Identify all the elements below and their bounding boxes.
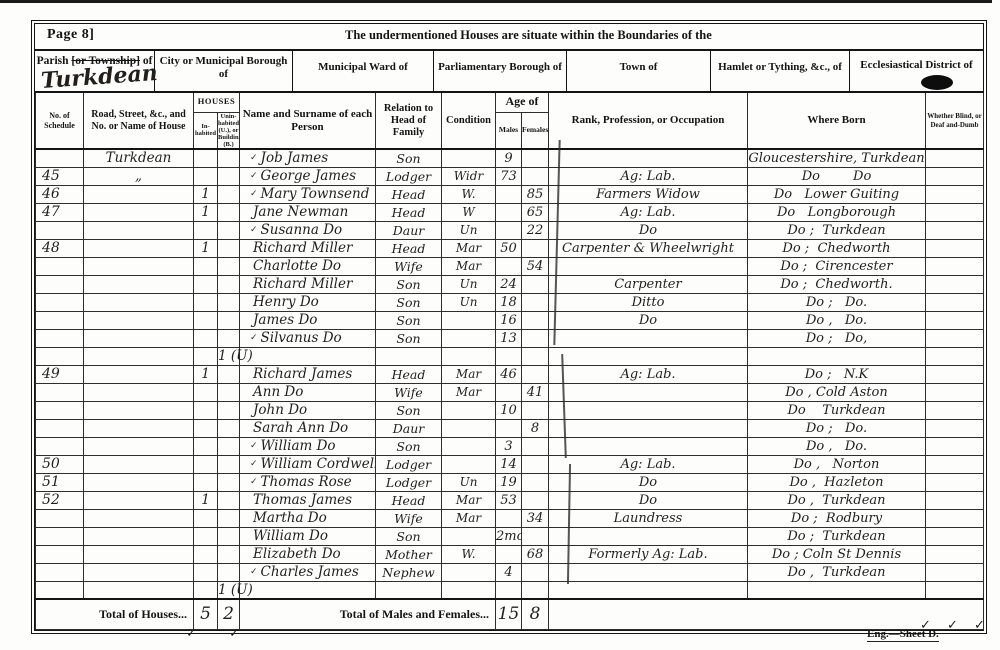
person-name-cell xyxy=(240,581,376,599)
houses-inhabited-cell: 1 xyxy=(194,185,218,203)
census-row: 49 1 Richard James Head Mar 46 Ag: Lab. … xyxy=(36,365,984,383)
houses-inhabited-cell xyxy=(194,275,218,293)
header-houses-group: HOUSES xyxy=(194,92,240,112)
where-born-cell: Do , Norton xyxy=(748,455,926,473)
where-born-cell: Do ; Chedworth xyxy=(748,239,926,257)
houses-uninhabited-cell xyxy=(218,455,240,473)
header-schedule: No. of Schedule xyxy=(36,92,84,149)
age-males-cell: 4 xyxy=(496,563,522,581)
blind-deaf-cell xyxy=(926,239,984,257)
person-name: William Do xyxy=(253,528,328,544)
where-born-cell: Do ; Do. xyxy=(748,293,926,311)
condition-cell xyxy=(442,563,496,581)
person-name-cell: Charlotte Do xyxy=(240,257,376,275)
road-cell xyxy=(84,347,194,365)
person-name-cell: James Do xyxy=(240,311,376,329)
houses-uninhabited-cell xyxy=(218,275,240,293)
header-occupation: Rank, Profession, or Occupation xyxy=(549,92,748,149)
person-name: Thomas Rose xyxy=(261,474,352,490)
condition-cell: Mar xyxy=(442,383,496,401)
road-cell xyxy=(84,311,194,329)
condition-cell xyxy=(442,455,496,473)
schedule-number-cell xyxy=(36,257,84,275)
occupation-cell xyxy=(549,149,748,167)
person-name: William Do xyxy=(261,438,336,454)
totals-row: Total of Houses... 5 2 Total of Males an… xyxy=(36,599,984,629)
occupation-cell xyxy=(549,329,748,347)
schedule-number-cell: 49 xyxy=(36,365,84,383)
total-inhabited-value: 5 xyxy=(194,599,218,629)
condition-cell xyxy=(442,437,496,455)
census-row: Turkdean ✓Job James Son 9 Gloucestershir… xyxy=(36,149,984,167)
census-row: 46 1 ✓Mary Townsend Head W. 85 Farmers W… xyxy=(36,185,984,203)
condition-cell: Un xyxy=(442,221,496,239)
relation-cell xyxy=(376,347,442,365)
census-row: John Do Son 10 Do Turkdean xyxy=(36,401,984,419)
condition-cell xyxy=(442,347,496,365)
road-cell: „ xyxy=(84,167,194,185)
schedule-number-cell xyxy=(36,563,84,581)
houses-uninhabited-cell: 1 (U) xyxy=(218,581,240,599)
houses-uninhabited-cell xyxy=(218,473,240,491)
schedule-number-cell xyxy=(36,509,84,527)
road-cell xyxy=(84,509,194,527)
age-females-cell xyxy=(522,347,549,365)
person-name-cell xyxy=(240,347,376,365)
age-males-cell: 24 xyxy=(496,275,522,293)
enumerator-tick: ✓ xyxy=(250,225,258,235)
blind-deaf-cell xyxy=(926,563,984,581)
condition-cell xyxy=(442,527,496,545)
condition-cell xyxy=(442,311,496,329)
blind-deaf-cell xyxy=(926,491,984,509)
where-born-cell: Do ; Coln St Dennis xyxy=(748,545,926,563)
person-name: Charlotte Do xyxy=(253,258,341,274)
census-row: 50 ✓William Cordwell Lodger 14 Ag: Lab. … xyxy=(36,455,984,473)
person-name: Job James xyxy=(261,150,329,166)
condition-cell xyxy=(442,149,496,167)
schedule-number-cell xyxy=(36,329,84,347)
person-name-cell: Martha Do xyxy=(240,509,376,527)
enumerator-tick: ✓ xyxy=(250,459,258,469)
relation-cell: Daur xyxy=(376,221,442,239)
census-form-page: Page 8] The undermentioned Houses are si… xyxy=(31,20,987,634)
houses-inhabited-cell xyxy=(194,167,218,185)
person-name-cell: ✓Silvanus Do xyxy=(240,329,376,347)
where-born-cell: Do Longborough xyxy=(748,203,926,221)
blind-deaf-cell xyxy=(926,167,984,185)
person-name-cell: ✓Job James xyxy=(240,149,376,167)
age-males-cell xyxy=(496,185,522,203)
person-name-cell: ✓George James xyxy=(240,167,376,185)
schedule-number-cell: 47 xyxy=(36,203,84,221)
page-header-strip: Page 8] The undermentioned Houses are si… xyxy=(35,24,983,51)
header-condition: Condition xyxy=(442,92,496,149)
where-born-cell: Do ; Do. xyxy=(748,419,926,437)
person-name: Elizabeth Do xyxy=(253,546,341,562)
blind-deaf-cell xyxy=(926,473,984,491)
road-cell xyxy=(84,473,194,491)
where-born-cell: Do , Hazleton xyxy=(748,473,926,491)
age-males-cell: 16 xyxy=(496,311,522,329)
houses-inhabited-cell xyxy=(194,455,218,473)
condition-cell: W. xyxy=(442,545,496,563)
occupation-cell: Ag: Lab. xyxy=(549,203,748,221)
person-name-cell: William Do xyxy=(240,527,376,545)
census-row: Ann Do Wife Mar 41 Do , Cold Aston xyxy=(36,383,984,401)
schedule-number-cell xyxy=(36,527,84,545)
person-name-cell: ✓William Cordwell xyxy=(240,455,376,473)
person-name: Silvanus Do xyxy=(261,330,342,346)
enumerator-tick: ✓ xyxy=(250,477,258,487)
parliamentary-borough-cell: Parliamentary Borough of xyxy=(434,51,567,91)
road-cell xyxy=(84,401,194,419)
occupation-cell xyxy=(549,401,748,419)
condition-cell: Un xyxy=(442,275,496,293)
occupation-cell xyxy=(549,563,748,581)
enumerator-tick: ✓ xyxy=(250,153,258,163)
condition-cell: W. xyxy=(442,185,496,203)
header-relation: Relation to Head of Family xyxy=(376,92,442,149)
schedule-number-cell xyxy=(36,149,84,167)
houses-uninhabited-cell xyxy=(218,401,240,419)
age-males-cell: 9 xyxy=(496,149,522,167)
houses-uninhabited-cell xyxy=(218,185,240,203)
road-cell xyxy=(84,491,194,509)
occupation-cell: Do xyxy=(549,491,748,509)
where-born-cell: Do ; Do, xyxy=(748,329,926,347)
relation-cell: Son xyxy=(376,149,442,167)
road-cell xyxy=(84,545,194,563)
page-number: Page 8] xyxy=(47,27,94,43)
total-houses-label: Total of Houses... xyxy=(36,599,194,629)
where-born-cell: Gloucestershire, Turkdean xyxy=(748,149,926,167)
scan-edge xyxy=(0,0,992,3)
houses-inhabited-cell xyxy=(194,257,218,275)
houses-inhabited-cell: 1 xyxy=(194,491,218,509)
occupation-cell: Do xyxy=(549,311,748,329)
age-females-cell: 34 xyxy=(522,509,549,527)
enumerator-tick: ✓ xyxy=(250,567,258,577)
town-cell: Town of xyxy=(567,51,711,91)
occupation-cell xyxy=(549,527,748,545)
person-name-cell: ✓Mary Townsend xyxy=(240,185,376,203)
census-body: Turkdean ✓Job James Son 9 Gloucestershir… xyxy=(36,149,984,599)
blind-deaf-cell xyxy=(926,545,984,563)
person-name-cell: Ann Do xyxy=(240,383,376,401)
parish-cell: Parish [or Township] of Turkdean xyxy=(35,51,155,91)
person-name: Jane Newman xyxy=(253,204,348,220)
census-row: 45 „ ✓George James Lodger Widr 73 Ag: La… xyxy=(36,167,984,185)
ecclesiastical-district-cell: Ecclesiastical District of xyxy=(850,51,983,91)
condition-cell: Widr xyxy=(442,167,496,185)
houses-inhabited-cell xyxy=(194,293,218,311)
enumerator-tick: ✓ xyxy=(250,171,258,181)
census-row: Richard Miller Son Un 24 Carpenter Do ; … xyxy=(36,275,984,293)
header-inhabited: In-habited xyxy=(194,112,218,149)
age-females-cell xyxy=(522,311,549,329)
census-sheet: { "colors": {"paper": "#fdfdfb", "ink": … xyxy=(0,0,1000,650)
relation-cell: Head xyxy=(376,203,442,221)
where-born-cell: Do ; Rodbury xyxy=(748,509,926,527)
person-name-cell: Richard Miller xyxy=(240,239,376,257)
houses-inhabited-cell: 1 xyxy=(194,239,218,257)
header-age-group: Age of xyxy=(496,92,549,112)
relation-cell: Son xyxy=(376,527,442,545)
road-cell xyxy=(84,563,194,581)
where-born-cell: Do ; Turkdean xyxy=(748,527,926,545)
relation-cell: Nephew xyxy=(376,563,442,581)
houses-uninhabited-cell xyxy=(218,167,240,185)
blind-deaf-cell xyxy=(926,365,984,383)
blind-deaf-cell xyxy=(926,149,984,167)
blind-deaf-cell xyxy=(926,221,984,239)
relation-cell: Head xyxy=(376,185,442,203)
header-males: Males xyxy=(496,112,522,149)
houses-inhabited-cell xyxy=(194,419,218,437)
person-name: Mary Townsend xyxy=(261,186,370,202)
houses-inhabited-cell xyxy=(194,473,218,491)
age-males-cell: 2mo xyxy=(496,527,522,545)
houses-uninhabited-cell xyxy=(218,419,240,437)
occupation-cell: Ag: Lab. xyxy=(549,365,748,383)
blind-deaf-cell xyxy=(926,275,984,293)
houses-uninhabited-cell xyxy=(218,527,240,545)
blind-deaf-cell xyxy=(926,293,984,311)
houses-uninhabited-cell xyxy=(218,239,240,257)
person-name-cell: Richard Miller xyxy=(240,275,376,293)
census-row: Martha Do Wife Mar 34 Laundress Do ; Rod… xyxy=(36,509,984,527)
totals-empty-cell xyxy=(549,599,984,629)
ink-blot xyxy=(921,75,953,90)
census-row: 52 1 Thomas James Head Mar 53 Do Do , Tu… xyxy=(36,491,984,509)
age-males-cell: 50 xyxy=(496,239,522,257)
person-name: Ann Do xyxy=(253,384,303,400)
blind-deaf-cell xyxy=(926,311,984,329)
age-males-cell: 53 xyxy=(496,491,522,509)
houses-inhabited-cell xyxy=(194,527,218,545)
houses-inhabited-cell xyxy=(194,545,218,563)
age-females-cell xyxy=(522,437,549,455)
census-row: Elizabeth Do Mother W. 68 Formerly Ag: L… xyxy=(36,545,984,563)
houses-inhabited-cell xyxy=(194,383,218,401)
total-males-value: 15 xyxy=(496,599,522,629)
census-row: 1 (U) xyxy=(36,347,984,365)
houses-inhabited-cell: 1 xyxy=(194,365,218,383)
condition-cell: Mar xyxy=(442,239,496,257)
person-name: Martha Do xyxy=(253,510,327,526)
age-males-cell: 18 xyxy=(496,293,522,311)
relation-cell: Son xyxy=(376,293,442,311)
occupation-cell xyxy=(549,347,748,365)
census-row: ✓Charles James Nephew 4 Do , Turkdean xyxy=(36,563,984,581)
census-row: William Do Son 2mo Do ; Turkdean xyxy=(36,527,984,545)
age-females-cell xyxy=(522,401,549,419)
houses-uninhabited-cell: 1 (U) xyxy=(218,347,240,365)
houses-inhabited-cell xyxy=(194,221,218,239)
age-males-cell xyxy=(496,203,522,221)
road-cell xyxy=(84,185,194,203)
occupation-cell xyxy=(549,257,748,275)
enumerator-tick: ✓ xyxy=(250,189,258,199)
schedule-number-cell xyxy=(36,293,84,311)
age-females-cell: 65 xyxy=(522,203,549,221)
relation-cell: Son xyxy=(376,329,442,347)
census-row: ✓Silvanus Do Son 13 Do ; Do, xyxy=(36,329,984,347)
houses-uninhabited-cell xyxy=(218,149,240,167)
age-females-cell xyxy=(522,563,549,581)
age-females-cell: 68 xyxy=(522,545,549,563)
schedule-number-cell xyxy=(36,437,84,455)
enumerator-tick: ✓ xyxy=(250,441,258,451)
blind-deaf-cell xyxy=(926,581,984,599)
where-born-cell: Do , Cold Aston xyxy=(748,383,926,401)
person-name: Richard Miller xyxy=(253,240,352,256)
condition-cell: Mar xyxy=(442,509,496,527)
person-name-cell: Sarah Ann Do xyxy=(240,419,376,437)
age-females-cell xyxy=(522,239,549,257)
person-name: Richard Miller xyxy=(253,276,352,292)
person-name-cell: Henry Do xyxy=(240,293,376,311)
road-cell: Turkdean xyxy=(84,149,194,167)
person-name-cell: ✓Susanna Do xyxy=(240,221,376,239)
where-born-cell: Do , Turkdean xyxy=(748,563,926,581)
age-females-cell xyxy=(522,293,549,311)
road-cell xyxy=(84,203,194,221)
blind-deaf-cell xyxy=(926,185,984,203)
road-cell xyxy=(84,329,194,347)
age-females-cell xyxy=(522,581,549,599)
schedule-number-cell: 50 xyxy=(36,455,84,473)
census-row: James Do Son 16 Do Do , Do. xyxy=(36,311,984,329)
age-males-cell: 3 xyxy=(496,437,522,455)
person-name-cell: Jane Newman xyxy=(240,203,376,221)
relation-cell: Mother xyxy=(376,545,442,563)
road-cell xyxy=(84,293,194,311)
relation-cell: Son xyxy=(376,311,442,329)
condition-cell: Mar xyxy=(442,365,496,383)
occupation-cell: Do xyxy=(549,221,748,239)
occupation-cell: Ditto xyxy=(549,293,748,311)
age-females-cell xyxy=(522,149,549,167)
census-row: ✓William Do Son 3 Do , Do. xyxy=(36,437,984,455)
where-born-cell: Do Lower Guiting xyxy=(748,185,926,203)
person-name: Henry Do xyxy=(253,294,319,310)
hamlet-cell: Hamlet or Tything, &c., of xyxy=(711,51,850,91)
header-blind: Whether Blind, or Deaf and-Dumb xyxy=(926,92,984,149)
road-cell xyxy=(84,257,194,275)
road-cell xyxy=(84,419,194,437)
person-name: Charles James xyxy=(261,564,359,580)
relation-cell: Wife xyxy=(376,383,442,401)
person-name: William Cordwell xyxy=(261,456,376,472)
condition-cell xyxy=(442,419,496,437)
person-name-cell: John Do xyxy=(240,401,376,419)
schedule-number-cell: 52 xyxy=(36,491,84,509)
houses-inhabited-cell xyxy=(194,149,218,167)
condition-cell: Un xyxy=(442,473,496,491)
district-header-row: Parish [or Township] of Turkdean City or… xyxy=(35,51,983,91)
age-males-cell xyxy=(496,383,522,401)
age-females-cell xyxy=(522,275,549,293)
road-cell xyxy=(84,455,194,473)
houses-inhabited-cell xyxy=(194,509,218,527)
census-row: Sarah Ann Do Daur 8 Do ; Do. xyxy=(36,419,984,437)
where-born-cell xyxy=(748,581,926,599)
blind-deaf-cell xyxy=(926,257,984,275)
schedule-number-cell xyxy=(36,401,84,419)
schedule-number-cell xyxy=(36,275,84,293)
houses-inhabited-cell xyxy=(194,563,218,581)
blind-deaf-cell xyxy=(926,329,984,347)
age-males-cell xyxy=(496,545,522,563)
age-females-cell xyxy=(522,473,549,491)
age-males-cell xyxy=(496,509,522,527)
ecclesiastical-district-label: Ecclesiastical District of xyxy=(860,59,972,71)
table-footer: Total of Houses... 5 2 Total of Males an… xyxy=(36,599,984,629)
census-row: ✓Susanna Do Daur Un 22 Do Do ; Turkdean xyxy=(36,221,984,239)
houses-uninhabited-cell xyxy=(218,293,240,311)
age-males-cell: 10 xyxy=(496,401,522,419)
where-born-cell: Do ; N.K xyxy=(748,365,926,383)
occupation-cell xyxy=(549,419,748,437)
schedule-number-cell xyxy=(36,419,84,437)
age-males-cell xyxy=(496,257,522,275)
houses-inhabited-cell xyxy=(194,311,218,329)
check-marks-houses: ✓ ✓ xyxy=(186,626,254,641)
relation-cell: Son xyxy=(376,401,442,419)
condition-cell: Mar xyxy=(442,491,496,509)
age-females-cell xyxy=(522,527,549,545)
houses-inhabited-cell xyxy=(194,437,218,455)
age-males-cell: 19 xyxy=(496,473,522,491)
table-header: No. of Schedule Road, Street, &c., and N… xyxy=(36,92,984,149)
person-name: George James xyxy=(261,168,356,184)
census-row: Charlotte Do Wife Mar 54 Do ; Cirenceste… xyxy=(36,257,984,275)
census-table: No. of Schedule Road, Street, &c., and N… xyxy=(35,91,984,630)
relation-cell: Daur xyxy=(376,419,442,437)
person-name: Sarah Ann Do xyxy=(253,420,348,436)
houses-uninhabited-cell xyxy=(218,311,240,329)
person-name: Richard James xyxy=(253,366,352,382)
schedule-number-cell xyxy=(36,311,84,329)
age-males-cell xyxy=(496,581,522,599)
condition-cell xyxy=(442,401,496,419)
road-cell xyxy=(84,383,194,401)
check-marks-people: ✓ ✓ ✓ xyxy=(920,618,991,633)
header-road: Road, Street, &c., and No. or Name of Ho… xyxy=(84,92,194,149)
schedule-number-cell: 48 xyxy=(36,239,84,257)
where-born-cell: Do Do xyxy=(748,167,926,185)
houses-inhabited-cell xyxy=(194,581,218,599)
relation-cell xyxy=(376,581,442,599)
occupation-cell: Ag: Lab. xyxy=(549,167,748,185)
person-name: John Do xyxy=(253,402,307,418)
person-name: Susanna Do xyxy=(261,222,343,238)
total-females-value: 8 xyxy=(522,599,549,629)
age-females-cell xyxy=(522,455,549,473)
person-name: James Do xyxy=(253,312,317,328)
road-cell xyxy=(84,581,194,599)
age-females-cell: 54 xyxy=(522,257,549,275)
schedule-number-cell xyxy=(36,347,84,365)
condition-cell: Un xyxy=(442,293,496,311)
header-name: Name and Surname of each Person xyxy=(240,92,376,149)
person-name-cell: ✓Thomas Rose xyxy=(240,473,376,491)
person-name-cell: Elizabeth Do xyxy=(240,545,376,563)
schedule-number-cell xyxy=(36,383,84,401)
enumerator-tick: ✓ xyxy=(250,333,258,343)
